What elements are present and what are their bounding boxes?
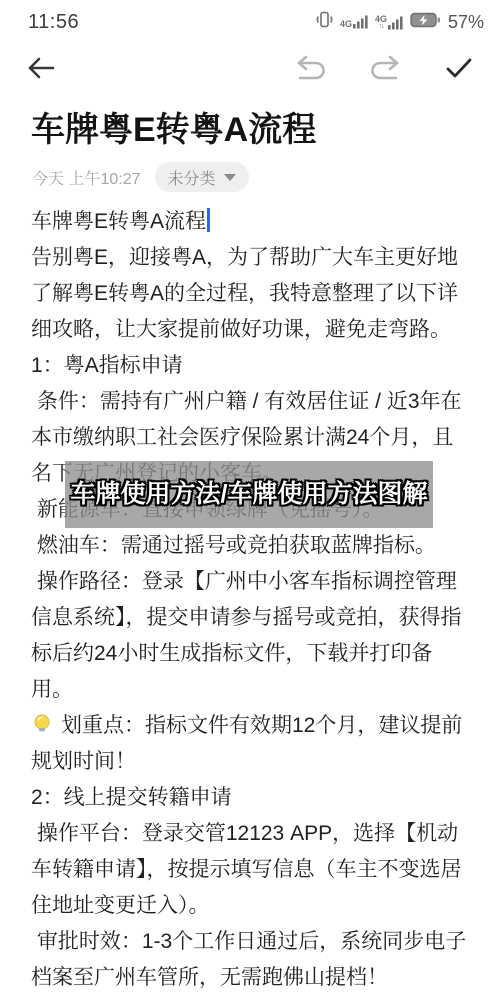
note-paragraph[interactable]: 划重点：指标文件有效期12个月，建议提前规划时间！ [31,708,469,780]
note-body-editor[interactable]: 车牌粤E转粤A流程 告别粤E，迎接粤A，为了帮助广大车主更好地了解粤E转粤A的全… [31,204,469,994]
toolbar-actions [292,55,474,83]
note-title[interactable]: 车牌粤E转粤A流程 [31,106,469,154]
note-paragraph[interactable]: 操作路径：登录【广州中小客车指标调控管理信息系统】，提交申请参与摇号或竞拍，获得… [31,564,469,708]
data-updown-arrows-icon: ↑↓ [375,24,387,30]
note-paragraph[interactable]: 告别粤E，迎接粤A，为了帮助广大车主更好地了解粤E转粤A的全过程，我特意整理了以… [31,240,469,348]
battery-percent-label: 57% [448,12,484,33]
status-icons: 4G 4G ↑↓ [316,10,484,34]
network-type-label: 4G [340,20,352,29]
signal-4g-icon-sim2: 4G ↑↓ [375,15,403,30]
note-paragraph[interactable]: 新能源车：直接申领绿牌（免摇号）。 [31,492,469,528]
note-paragraph[interactable]: 2：线上提交转籍申请 [31,780,469,816]
note-paragraph[interactable]: 车牌粤E转粤A流程 [31,204,469,240]
checkmark-icon [444,56,474,83]
signal-4g-icon-sim1: 4G [340,15,368,29]
category-label: 未分类 [168,166,216,189]
back-arrow-icon [26,55,56,84]
notes-app-screen: 11:56 4G 4G [0,0,500,994]
note-paragraph[interactable]: 1：粤A指标申请 [31,348,469,384]
undo-icon [292,55,328,83]
note-paragraph[interactable]: 燃油车：需通过摇号或竞拍获取蓝牌指标。 [31,528,469,564]
text-cursor [207,208,210,232]
paragraph-text: 车牌粤E转粤A流程 [31,210,206,233]
undo-button[interactable] [292,55,328,83]
note-paragraph[interactable]: 审批时效：1-3个工作日通过后，系统同步电子档案至广州车管所，无需跑佛山提档！ [31,924,469,994]
save-confirm-button[interactable] [444,56,474,83]
chevron-down-icon [224,174,236,181]
status-bar: 11:56 4G 4G [0,0,500,44]
category-selector[interactable]: 未分类 [155,162,249,192]
note-meta-row: 今天 上午10:27 未分类 [32,162,500,192]
redo-button[interactable] [368,55,404,83]
note-date: 今天 上午10:27 [32,166,141,189]
paragraph-text: 划重点：指标文件有效期12个月，建议提前规划时间！ [31,714,462,773]
note-paragraph[interactable]: 条件：需持有广州户籍 / 有效居住证 / 近3年在本市缴纳职工社会医疗保险累计满… [31,384,469,492]
editor-toolbar [0,44,500,94]
back-button[interactable] [26,55,56,84]
lightbulb-icon [31,711,53,733]
redo-icon [368,55,404,83]
battery-charging-icon [410,12,441,33]
note-paragraph[interactable]: 操作平台：登录交管12123 APP，选择【机动车转籍申请】，按提示填写信息（车… [31,816,469,924]
status-time: 11:56 [28,11,79,34]
vibrate-icon [316,10,333,34]
